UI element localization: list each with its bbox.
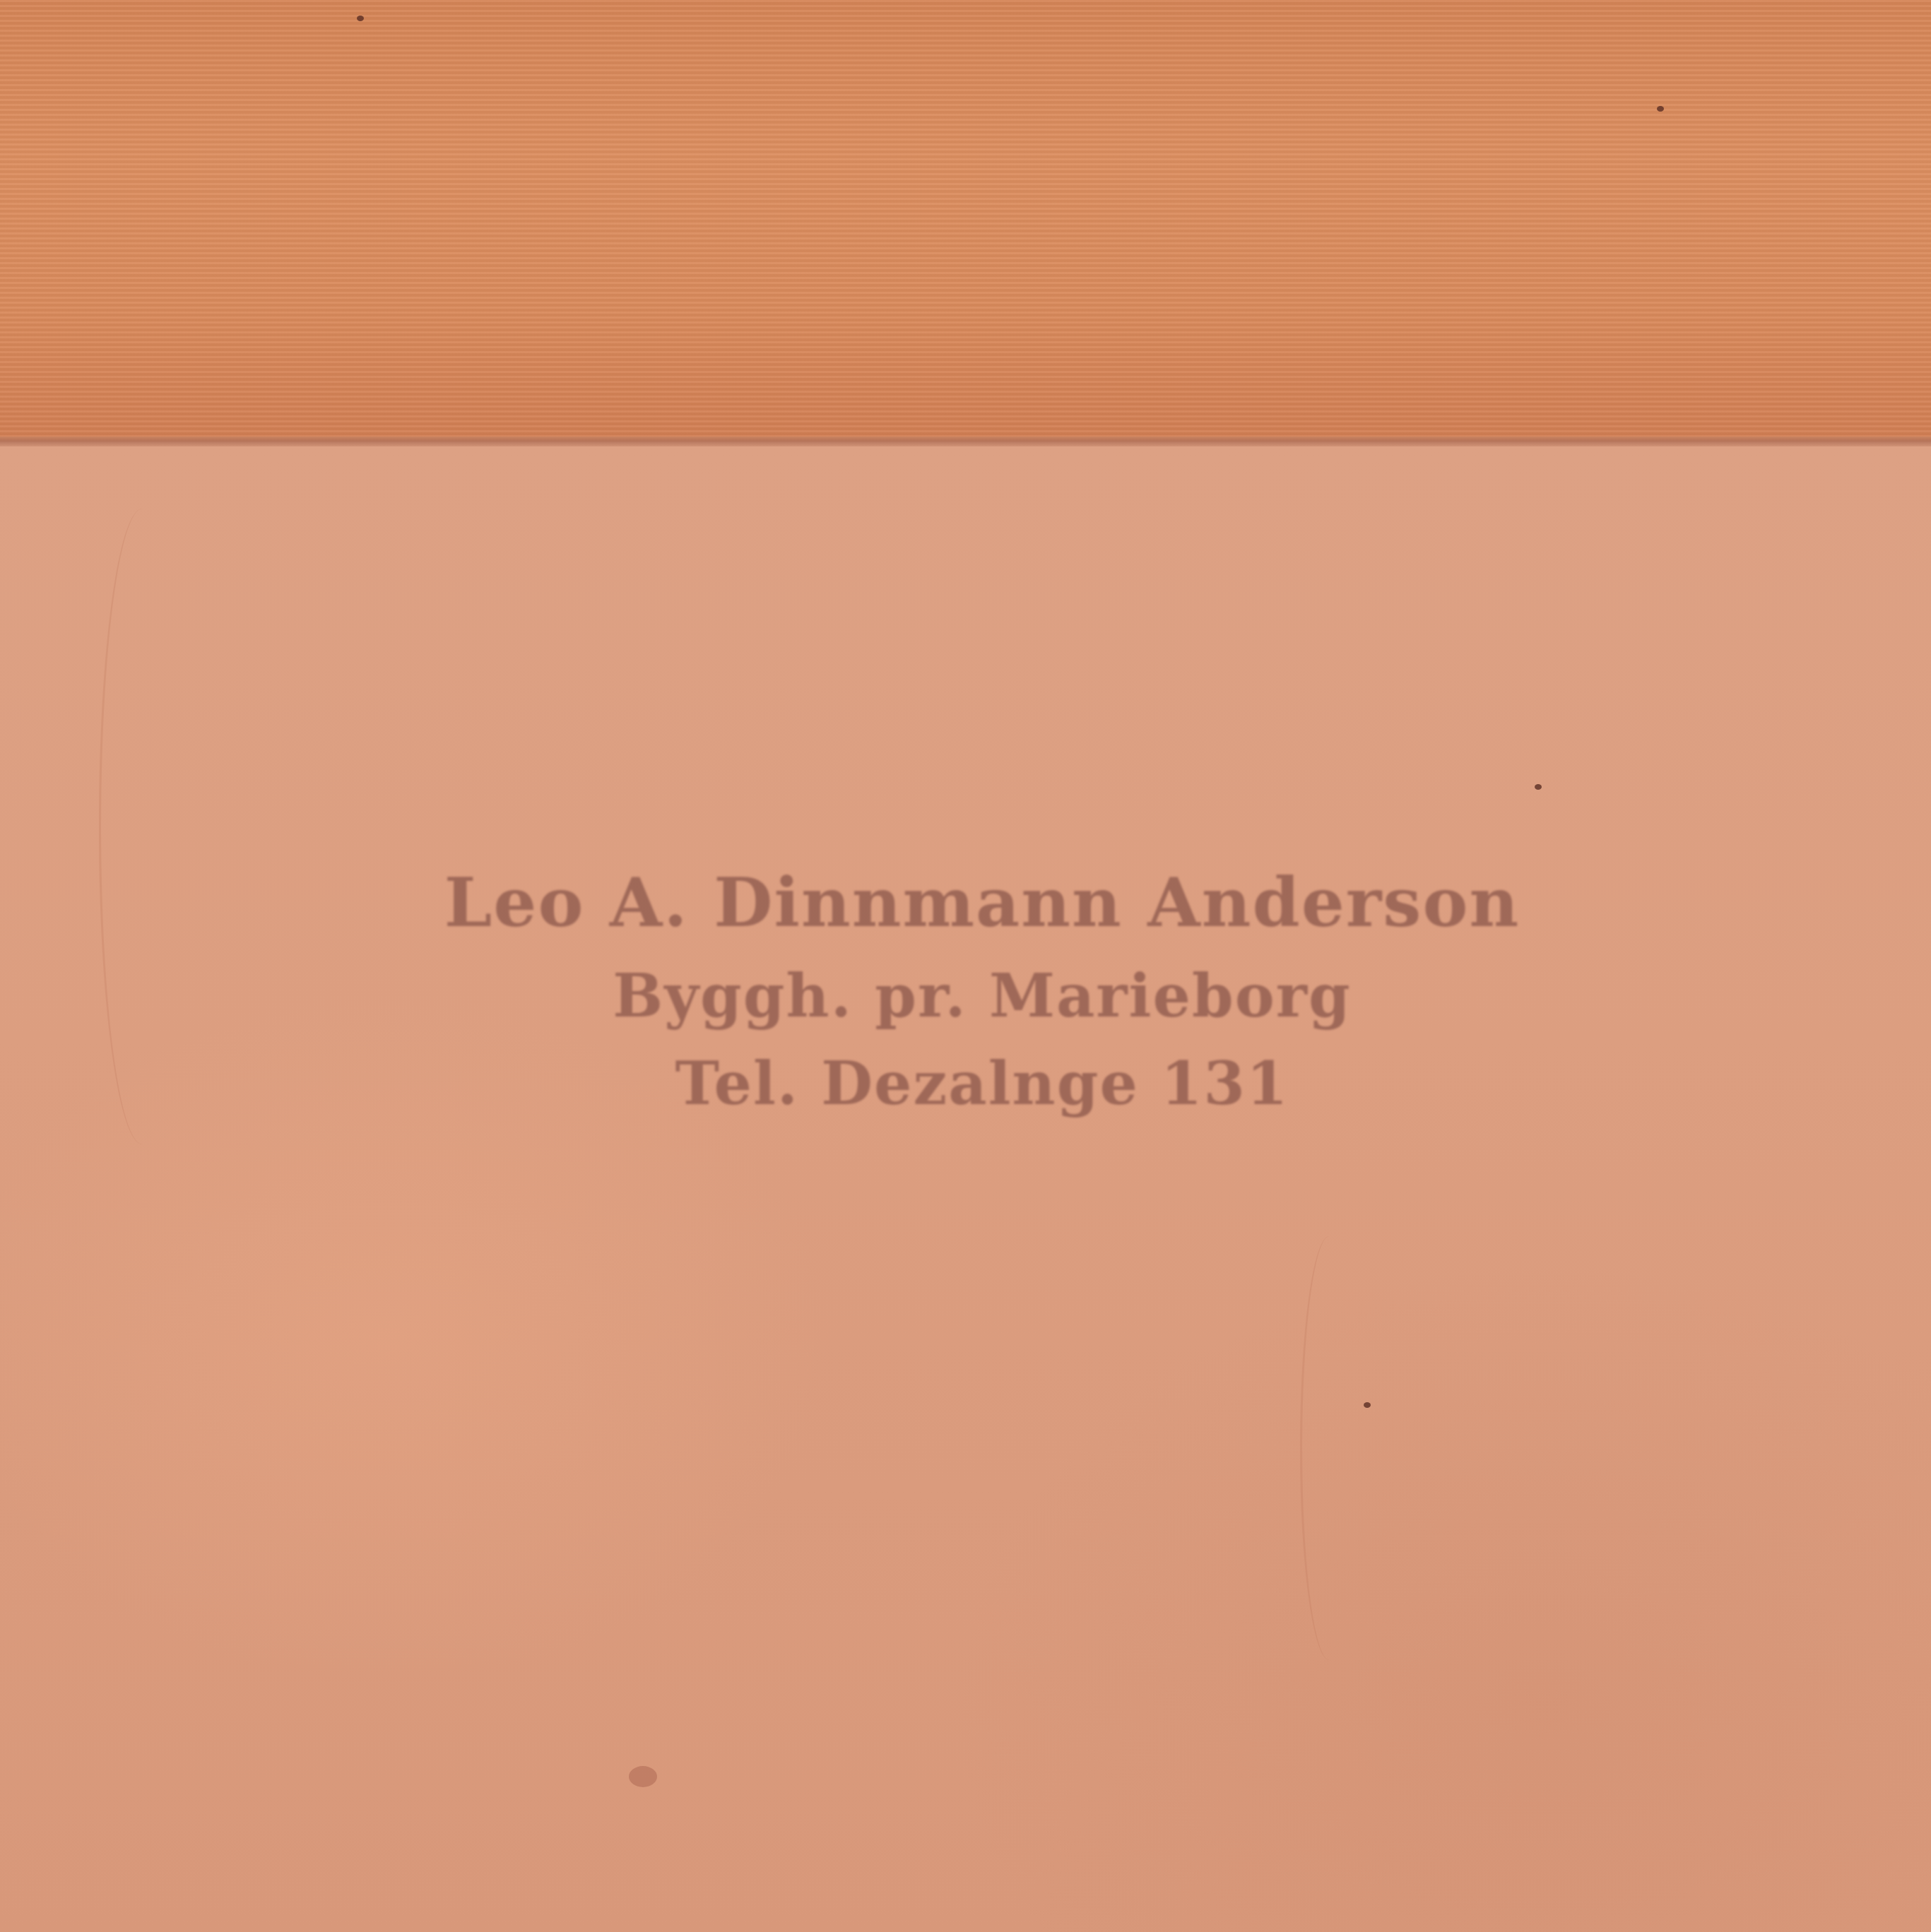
wood-speck [357,16,364,21]
stamp-line-location: Byggh. pr. Marieborg [170,966,1795,1026]
stamp-line-telephone: Tel. Dezalnge 131 [170,1054,1795,1113]
wood-speck [1535,784,1542,790]
drawer-photo: Leo A. Dinnmann Anderson Byggh. pr. Mari… [0,0,1931,1932]
wood-speck [1364,1402,1371,1408]
drawer-bottom-panel [0,446,1931,1932]
maker-stamp: Leo A. Dinnmann Anderson Byggh. pr. Mari… [170,869,1795,1113]
drawer-back-board [0,0,1931,441]
wood-speck [629,1766,657,1787]
wood-grain-line [1300,1236,1359,1660]
stamp-line-name: Leo A. Dinnmann Anderson [170,869,1795,937]
board-seam [0,437,1931,446]
wood-speck [1657,106,1664,112]
